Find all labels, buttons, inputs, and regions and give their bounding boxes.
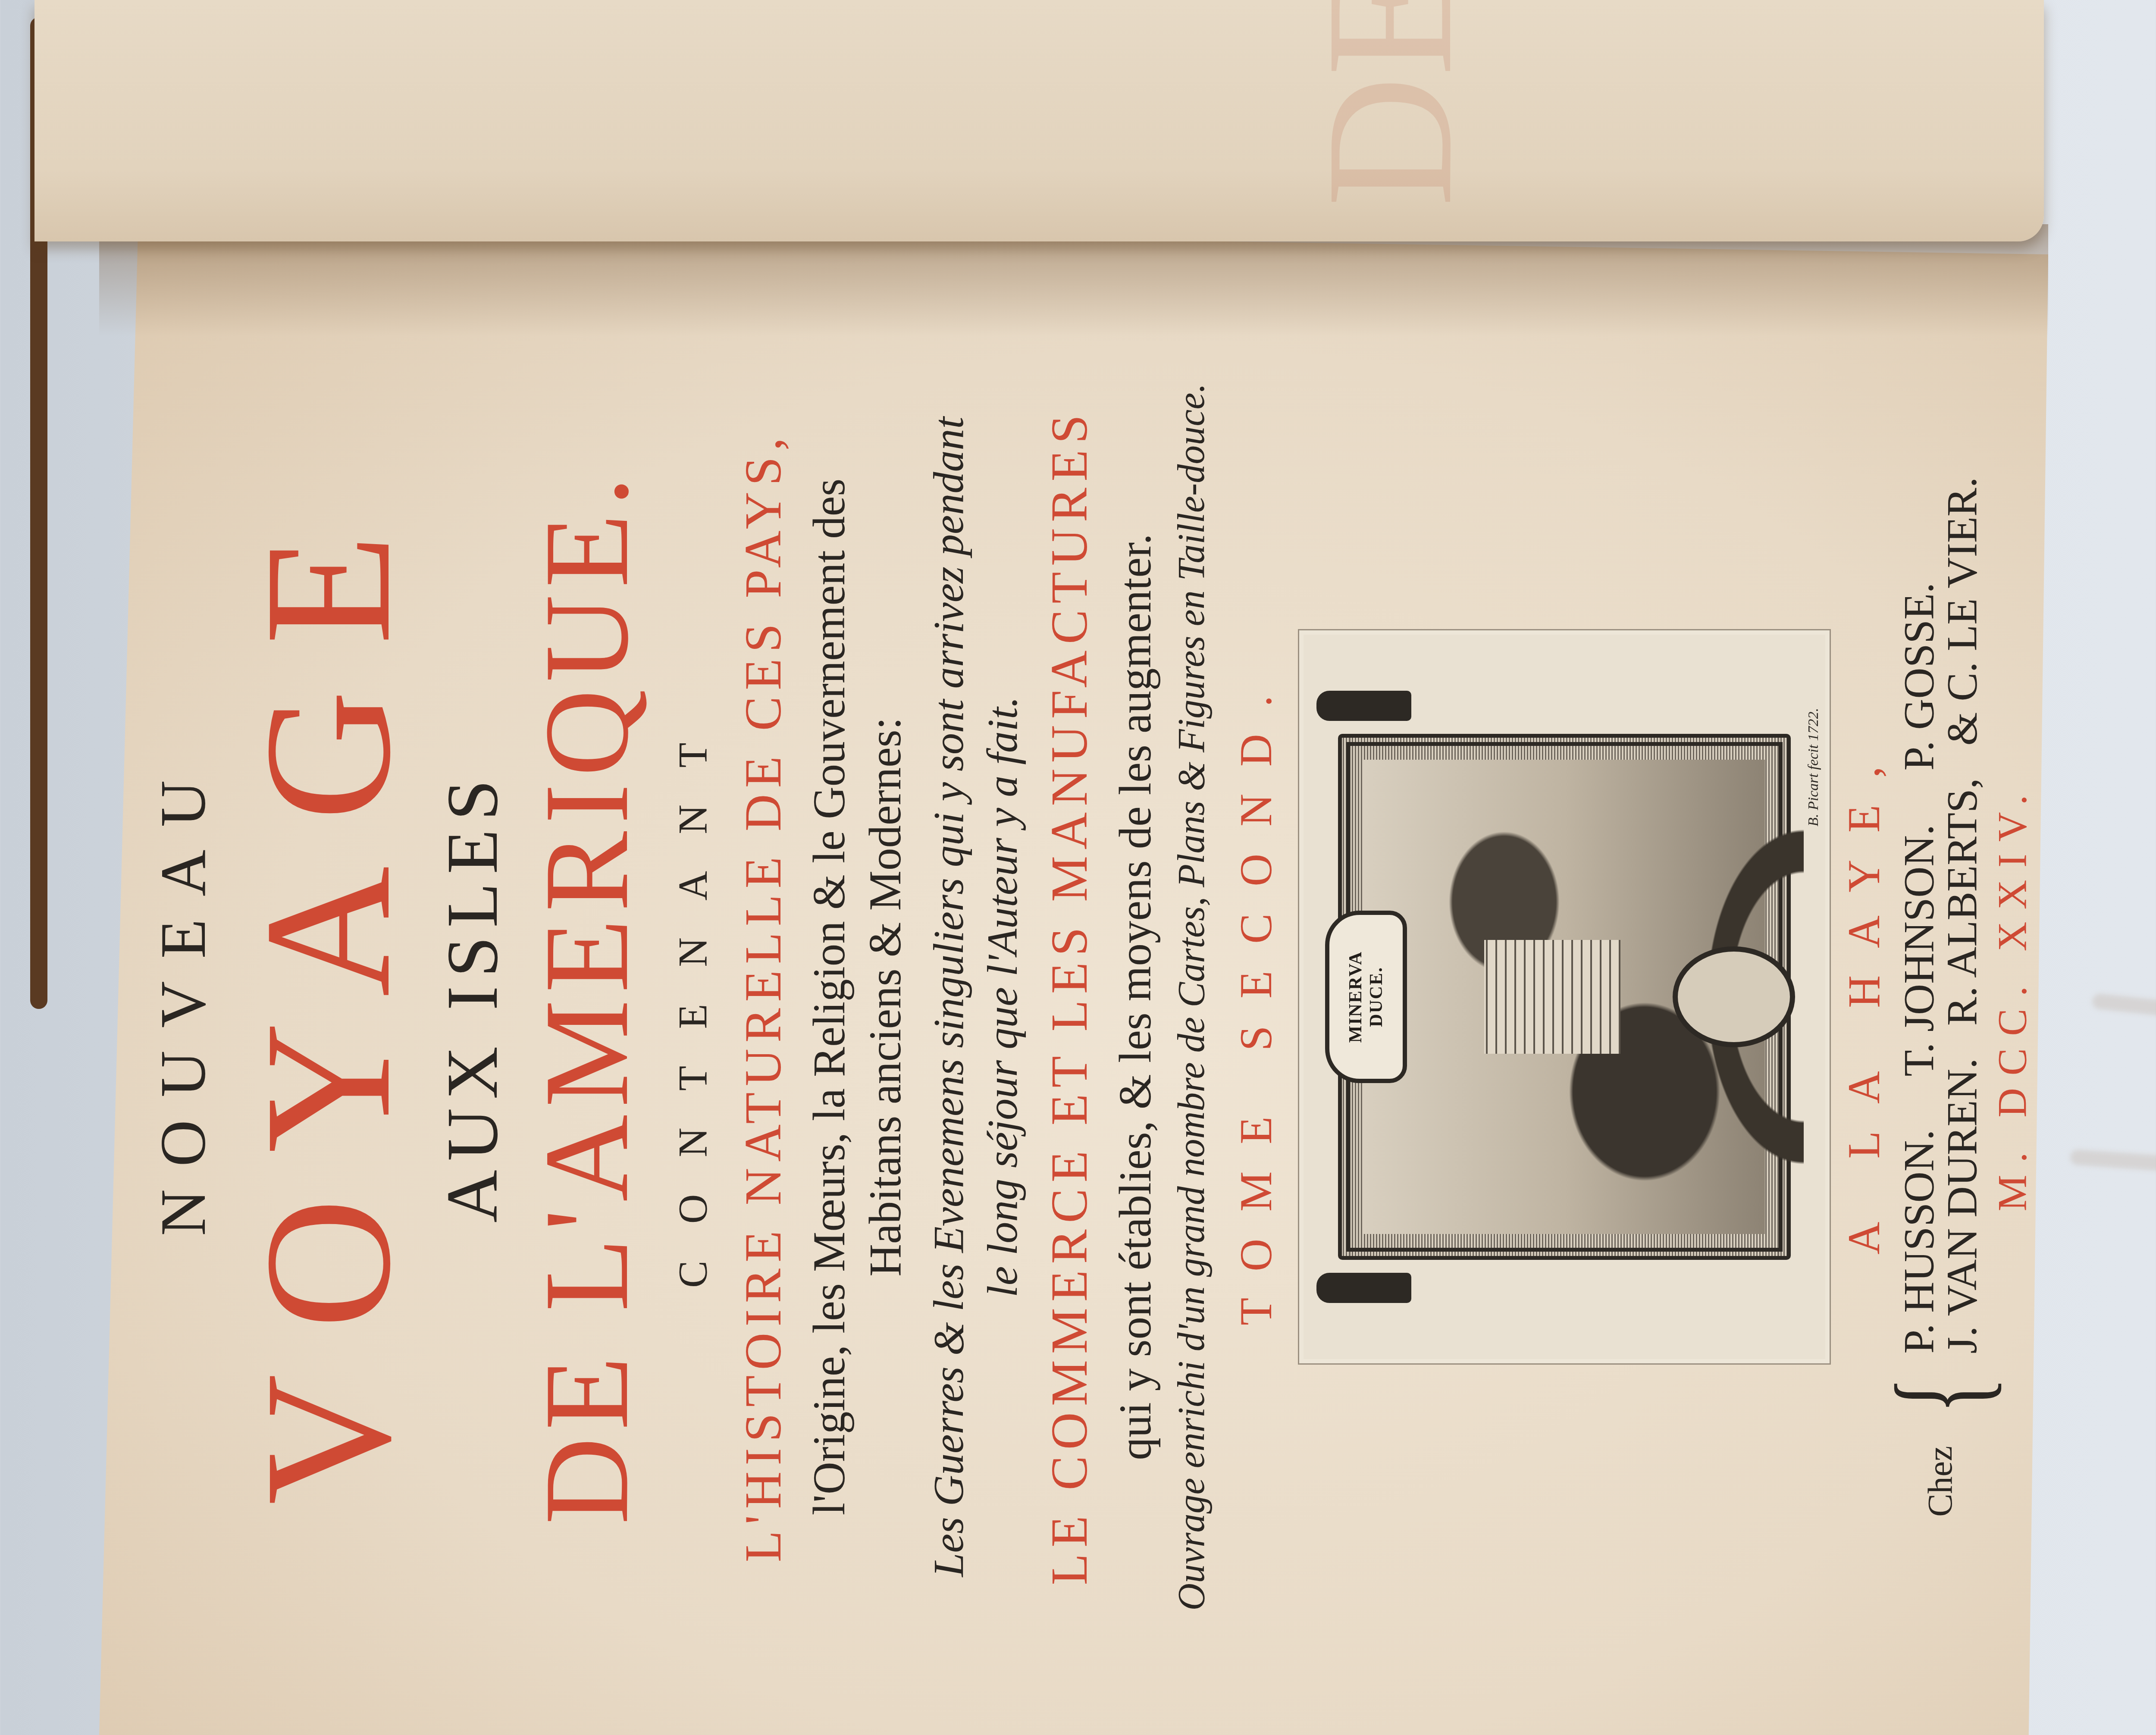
- brace-glyph: {: [1902, 1377, 1979, 1414]
- chez-label: Chez: [1921, 1446, 1959, 1516]
- show-through-text: DE: [1285, 34, 1493, 207]
- contenant: CONTENANT: [673, 260, 714, 1734]
- ouvrage-line: Ouvrage enrichi d'un grand nombre de Car…: [1173, 260, 1211, 1734]
- title-nouveau: NOUVEAU: [151, 260, 216, 1734]
- facing-page-folded: DE: [34, 0, 2044, 241]
- urn-ornament-right: [1316, 691, 1411, 721]
- engraved-vignette: MINERVA DUCE. B. Picart fecit 1722.: [1298, 629, 1831, 1365]
- publisher-van-duren: J. VAN DUREN.: [1938, 1058, 1986, 1353]
- tome-second: TOME SECOND.: [1233, 260, 1279, 1734]
- title-voyage: VOYAGE: [237, 260, 418, 1734]
- surface-mark: [2092, 993, 2156, 1049]
- publishers-block: Chez { P. HUSSON. T. JOHNSON. P. GOSSE. …: [1897, 260, 1984, 1734]
- title-aux-isles: AUX ISLES: [436, 260, 509, 1734]
- motto-line1: MINERVA: [1345, 951, 1366, 1043]
- etablies-line: qui y sont établies, & les moyens de les…: [1112, 260, 1158, 1734]
- origine-line: l'Origine, les Mœurs, la Religion & le G…: [806, 260, 852, 1734]
- title-amerique: DE L'AMERIQUE.: [526, 260, 647, 1734]
- commerce-line: LE COMMERCE ET LES MANUFACTURES: [1044, 260, 1095, 1734]
- urn-ornament-left: [1316, 1273, 1411, 1303]
- imprint-date: M. DCC. XXIV.: [1992, 260, 2033, 1734]
- place-a-la-haye: A LA HAYE,: [1841, 260, 1887, 1734]
- sejour-line: le long séjour que l'Auteur y a fait.: [981, 260, 1024, 1734]
- histoire-naturelle: L'HISTOIRE NATURELLE DE CES PAYS,: [737, 260, 789, 1734]
- guerres-line: Les Guerres & les Evenemens singuliers q…: [927, 260, 970, 1734]
- habitans-line: Habitans anciens & Modernes:: [862, 260, 908, 1734]
- title-page-content: NOUVEAU VOYAGE AUX ISLES DE L'AMERIQUE. …: [125, 260, 2022, 1734]
- publisher-husson: P. HUSSON.: [1895, 1130, 1943, 1354]
- publisher-alberts: R. ALBERTS,: [1938, 778, 1986, 1026]
- vignette-building: [1484, 940, 1620, 1054]
- engraver-signature: B. Picart fecit 1722.: [1805, 708, 1822, 827]
- publisher-le-vier: & C. LE VIER.: [1938, 477, 1986, 745]
- motto-cartouche: MINERVA DUCE.: [1325, 911, 1407, 1083]
- publisher-johnson: T. JOHNSON.: [1895, 824, 1943, 1076]
- publisher-names: P. HUSSON. T. JOHNSON. P. GOSSE. J. VAN …: [1897, 477, 1984, 1353]
- surface-mark: [2070, 1149, 2156, 1195]
- motto-line2: DUCE.: [1366, 967, 1387, 1027]
- publisher-gosse: P. GOSSE.: [1895, 583, 1943, 770]
- crest-medallion: [1673, 946, 1795, 1047]
